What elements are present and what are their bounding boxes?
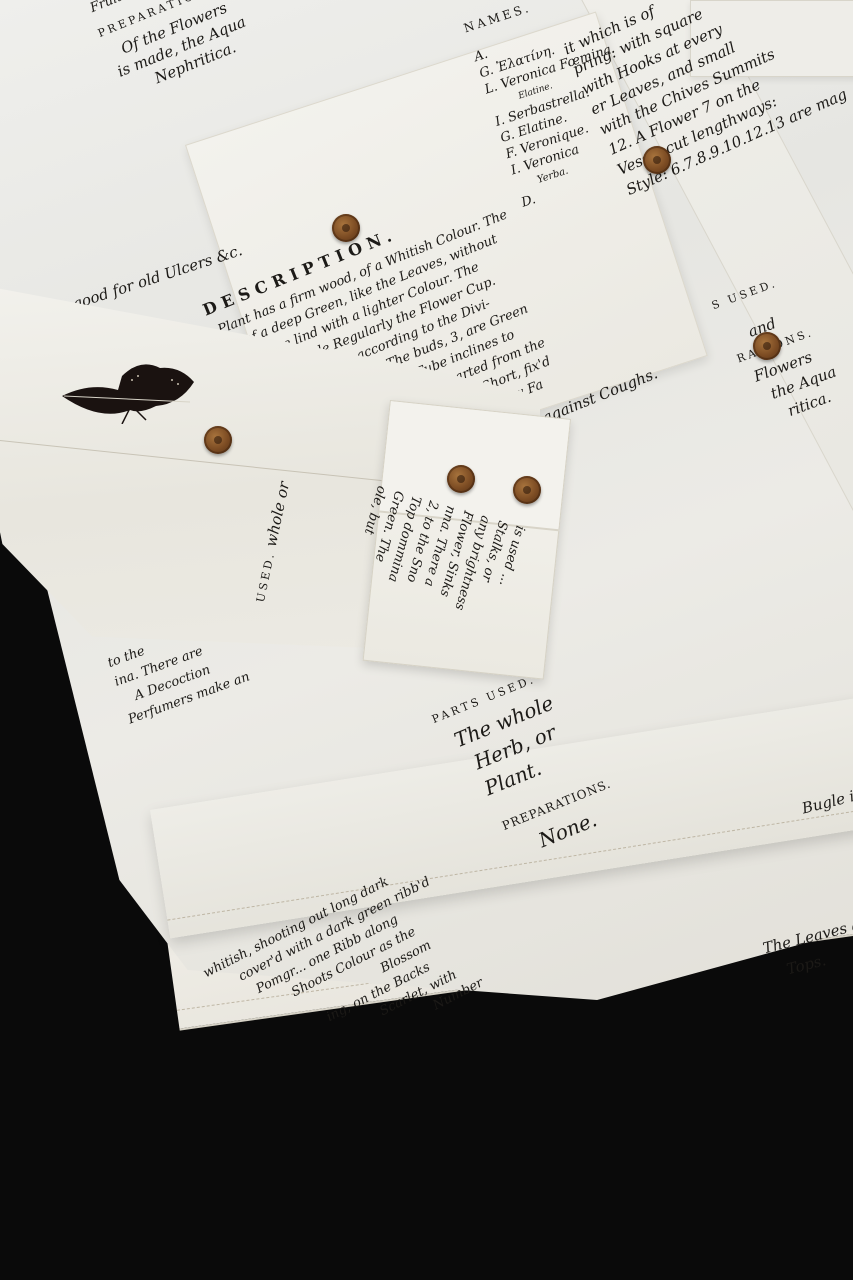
sleeve-cuff: is used ... Stalks, or any brightness Fl… xyxy=(363,400,571,680)
pocket-button xyxy=(332,214,360,242)
sleeve-placket-button xyxy=(204,426,232,454)
moth-print-icon xyxy=(60,360,196,424)
cuff-button-2 xyxy=(513,476,541,504)
placket-button-top xyxy=(643,146,671,174)
placket-button-middle xyxy=(753,332,781,360)
product-photo: Fruit. PREPARATIONS. Of the Flowers is m… xyxy=(0,0,853,1280)
cuff-button-1 xyxy=(447,465,475,493)
